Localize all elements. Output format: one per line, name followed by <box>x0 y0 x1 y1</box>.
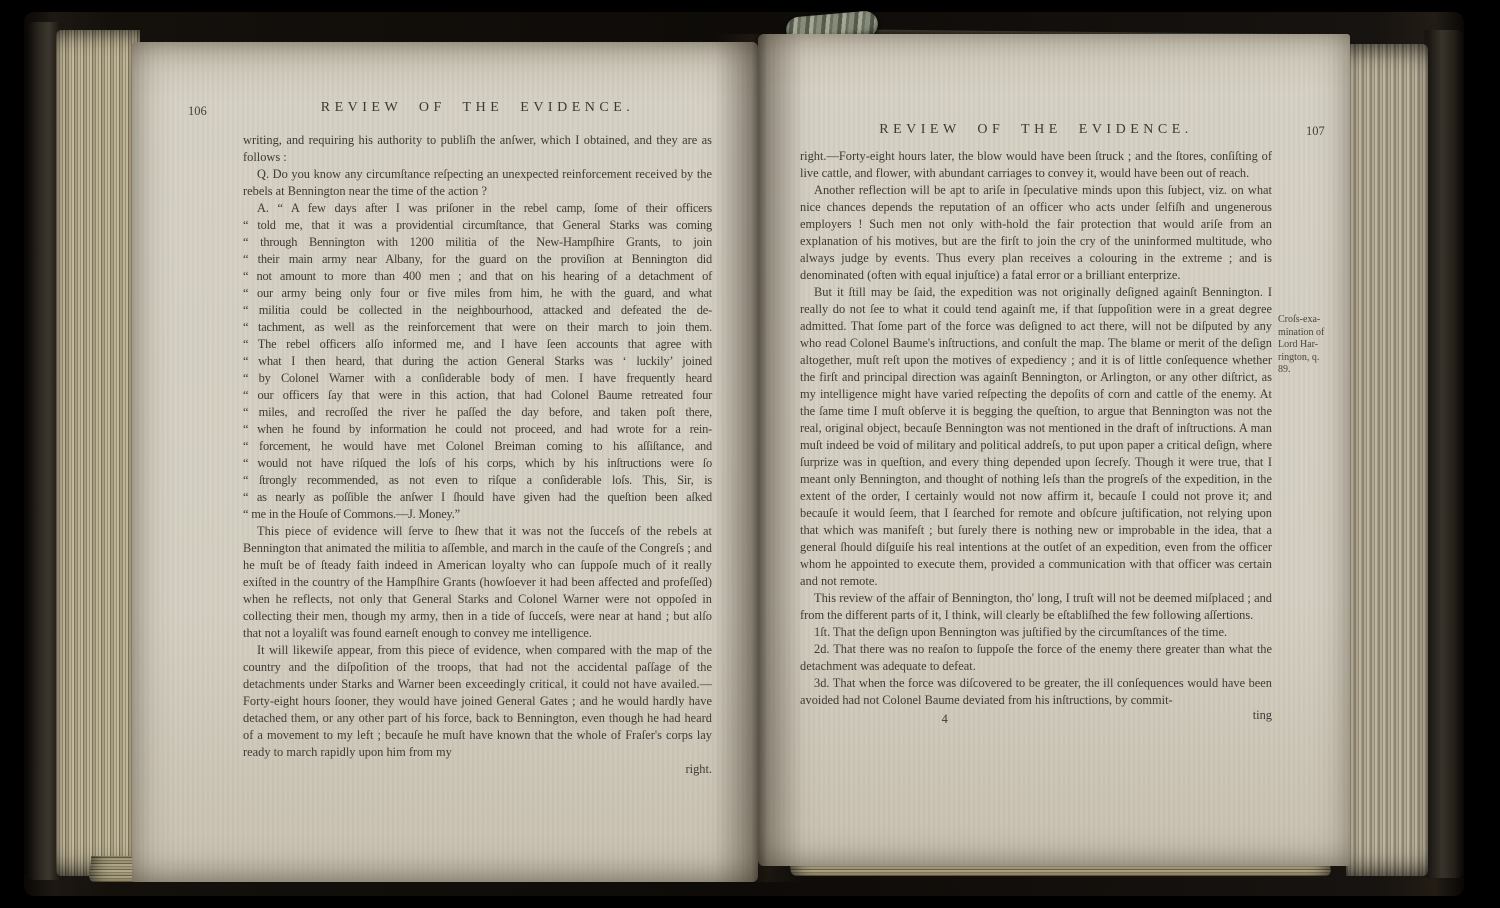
text-block: “ their main army near Albany, for the g… <box>243 251 712 268</box>
text-block: “ ſtrongly recommended, as not even to r… <box>243 472 712 489</box>
text-block: “ by Colonel Warner with a conſiderable … <box>243 370 712 387</box>
text-block: 1ſt. That the deſign upon Bennington was… <box>800 624 1272 641</box>
text-block: “ as nearly as poſſible the anſwer I ſho… <box>243 489 712 506</box>
text-block: This piece of evidence will ſerve to ſhe… <box>243 523 712 642</box>
text-block: It will likewiſe appear, from this piece… <box>243 642 712 761</box>
page-body-left: writing, and requiring his authority to … <box>243 132 712 778</box>
text-block: “ The rebel officers alſo informed me, a… <box>243 336 712 353</box>
text-block: Another reflection will be apt to ariſe … <box>800 182 1272 284</box>
text-block: “ not amount to more than 400 men ; and … <box>243 268 712 285</box>
text-block: “ militia could be collected in the neig… <box>243 302 712 319</box>
margin-note-cross-examination: Croſs-exa- mination of Lord Har- rington… <box>1278 314 1346 377</box>
text-block: writing, and requiring his authority to … <box>243 132 712 166</box>
text-block: But it ſtill may be ſaid, the expedition… <box>800 284 1272 590</box>
text-block: This review of the affair of Bennington,… <box>800 590 1272 624</box>
text-block: Q. Do you know any circumſtance reſpecti… <box>243 166 712 200</box>
text-block: right.—Forty-eight hours later, the blow… <box>800 148 1272 182</box>
text-block: “ would not have riſqued the loſs of his… <box>243 455 712 472</box>
page-stack-edge-right <box>1346 44 1428 876</box>
catchword: ting <box>1253 707 1272 724</box>
text-block: “ through Bennington with 1200 militia o… <box>243 234 712 251</box>
text-block: “ what I then heard, that during the act… <box>243 353 712 370</box>
text-block: “ our army being only four or five miles… <box>243 285 712 302</box>
text-block: “ me in the Houſe of Commons.—J. Money.” <box>243 506 712 523</box>
page-stack-edge-left <box>56 30 140 876</box>
signature-mark: 4 <box>942 711 948 728</box>
page-number-right: 107 <box>1306 124 1325 139</box>
book-cover-right <box>1424 30 1464 878</box>
running-title-left: REVIEW OF THE EVIDENCE. <box>243 100 712 116</box>
page-body-right: right.—Forty-eight hours later, the blow… <box>800 148 1272 731</box>
page-number-left: 106 <box>188 104 207 119</box>
text-block: right. <box>243 761 712 778</box>
text-block: 2d. That there was no reaſon to ſuppoſe … <box>800 641 1272 675</box>
text-block: “ tachment, as well as the reinforcement… <box>243 319 712 336</box>
book-page-left: 106 REVIEW OF THE EVIDENCE. writing, and… <box>132 42 758 882</box>
book-page-right: REVIEW OF THE EVIDENCE. 107 right.—Forty… <box>758 34 1350 866</box>
text-block: A. “ A few days after I was priſoner in … <box>243 200 712 217</box>
text-block: “ miles, and recroſſed the river he paſſ… <box>243 404 712 421</box>
page-footer: 4ting <box>800 711 1272 731</box>
text-block: “ forcement, he would have met Colonel B… <box>243 438 712 455</box>
text-block: “ told me, that it was a providential ci… <box>243 217 712 234</box>
text-block: “ our officers ſay that were in this act… <box>243 387 712 404</box>
photograph-of-open-book: 106 REVIEW OF THE EVIDENCE. writing, and… <box>0 0 1500 908</box>
running-title-right: REVIEW OF THE EVIDENCE. <box>800 122 1272 138</box>
text-block: 3d. That when the force was diſcovered t… <box>800 675 1272 709</box>
text-block: “ when he found by information he could … <box>243 421 712 438</box>
